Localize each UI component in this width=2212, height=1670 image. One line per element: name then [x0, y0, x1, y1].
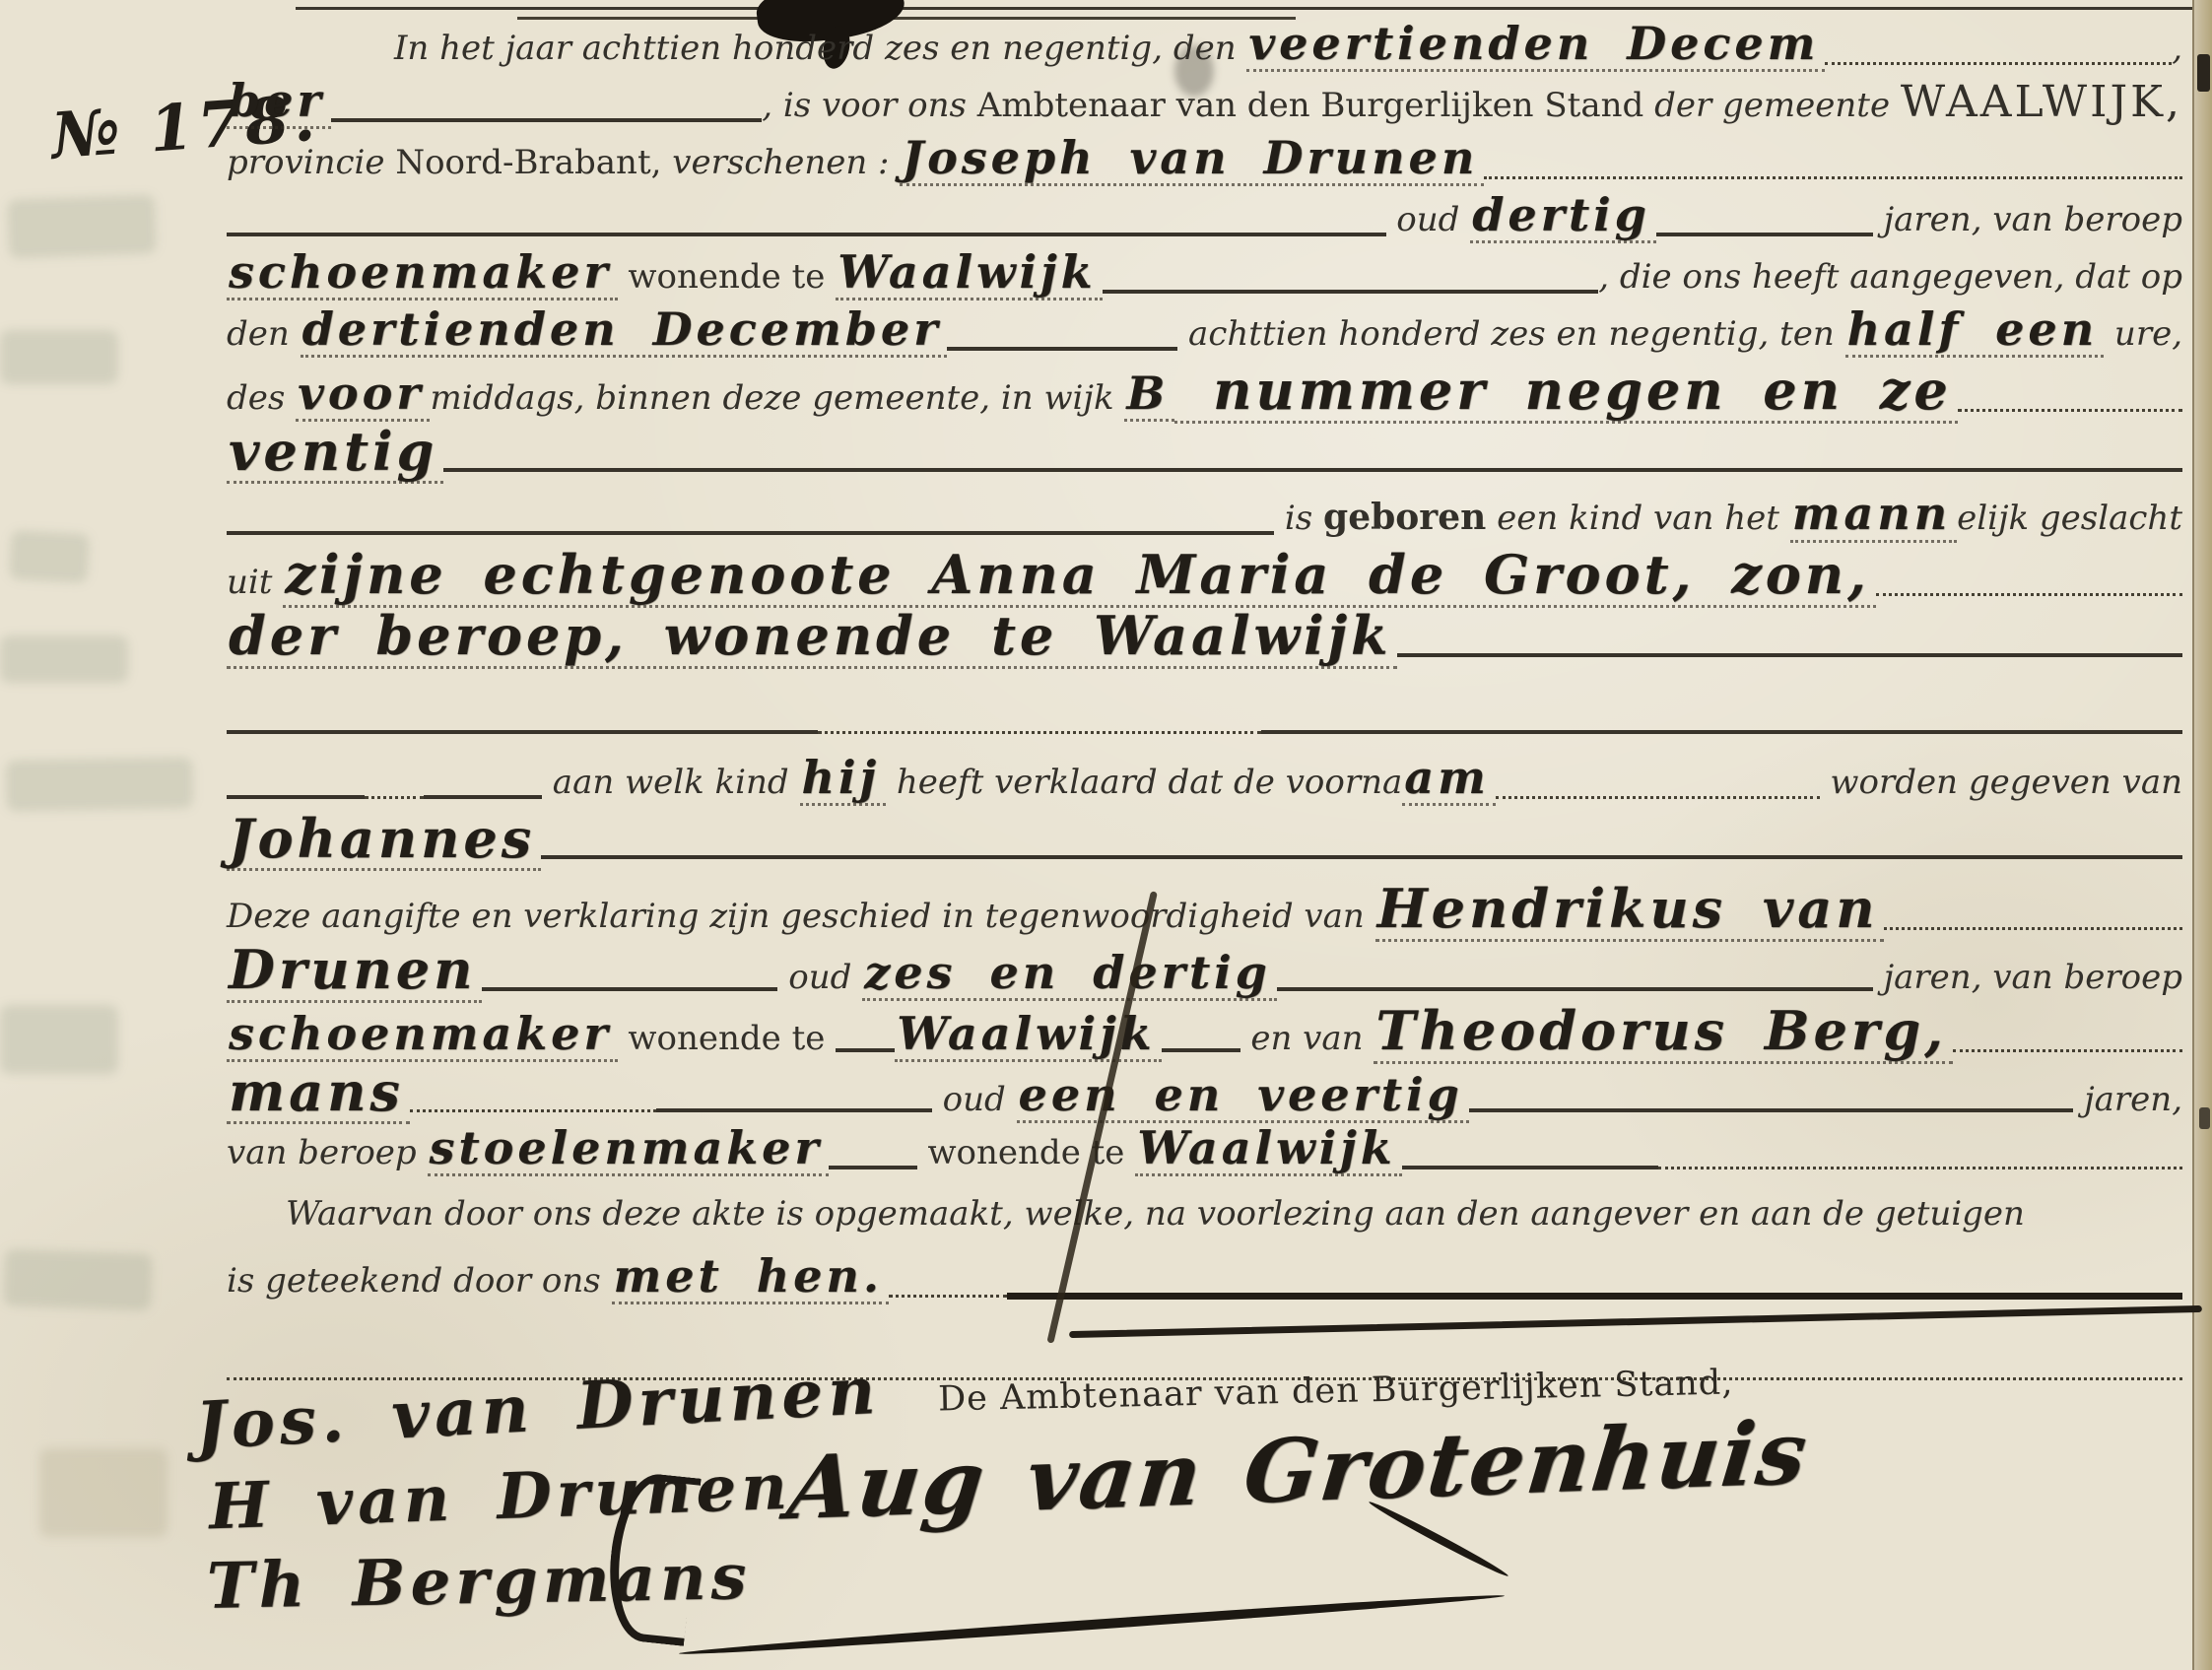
document-line: den dertienden December achttien honderd… [227, 305, 2182, 363]
printed-text: achttien honderd zes en negentig, ten [1177, 315, 1844, 354]
document-line: is geteekend door ons met hen. [227, 1252, 2182, 1309]
filler-line [1103, 290, 1599, 294]
handwritten-entry: zijne echtgenoote Anna Maria de Groot, z… [283, 547, 1876, 608]
document-line: oud dertig jaren, van beroep [227, 191, 2182, 248]
bleed-through-stain [0, 635, 128, 683]
filler-line [365, 796, 424, 799]
filler-line [1958, 409, 2182, 412]
handwritten-entry: half een [1845, 305, 2105, 358]
bleed-through-stain [6, 757, 194, 811]
printed-text: oud [777, 959, 862, 997]
filler-line [1261, 730, 2182, 734]
handwritten-entry: Waalwijk [1135, 1124, 1401, 1176]
filler-line [482, 987, 777, 991]
bleed-through-stain [9, 530, 91, 583]
document-line: Deze aangifte en verklaring zijn geschie… [227, 881, 2182, 942]
printed-text: oud [1386, 201, 1471, 239]
filler-line [1277, 987, 1873, 991]
bleed-through-stain [0, 330, 118, 384]
handwritten-entry: voor [296, 369, 430, 422]
printed-text: van beroep [227, 1134, 428, 1172]
printed-text: wonende te [618, 1020, 837, 1058]
handwritten-entry: zes en dertig [862, 949, 1277, 1001]
handwritten-entry: hij [800, 754, 887, 806]
printed-text: des [227, 379, 296, 418]
printed-text: jaren, van beroep [1873, 201, 2182, 239]
handwritten-entry: dertienden December [301, 305, 948, 358]
document-line: Waarvan door ons deze akte is opgemaakt,… [227, 1195, 2182, 1252]
filler-line [818, 731, 1261, 734]
printed-text: wonende te [917, 1134, 1136, 1172]
top-rule-line [296, 7, 2198, 10]
printed-text: ure, [2104, 315, 2182, 354]
document-line: van beroep stoelenmaker wonende te Waalw… [227, 1124, 2182, 1181]
printed-text: Waarvan door ons deze akte is opgemaakt,… [286, 1195, 2025, 1234]
printed-text: worden gegeven van [1820, 764, 2182, 802]
printed-text: provincie [227, 144, 395, 182]
printed-text: is [1274, 500, 1323, 538]
printed-text: In het jaar achttien honderd zes en nege… [394, 30, 1246, 68]
document-lines: In het jaar achttien honderd zes en nege… [227, 20, 2182, 1392]
filler-line [836, 1048, 895, 1052]
handwritten-entry: veertienden Decem [1246, 20, 1825, 72]
printed-text: jaren, van beroep [1873, 959, 2182, 997]
handwritten-entry: met hen. [612, 1252, 889, 1304]
handwritten-entry: Johannes [227, 811, 541, 872]
filler-line [1953, 1049, 2182, 1052]
handwritten-entry: nummer negen en ze [1174, 363, 1957, 424]
filler-line [1825, 62, 2172, 65]
document-line: des voormiddags, binnen deze gemeente, i… [227, 363, 2182, 424]
filler-line [1397, 653, 2182, 657]
handwritten-entry: schoenmaker [227, 248, 618, 301]
filler-line [227, 795, 365, 799]
page-edge-mark [2197, 54, 2210, 92]
handwritten-entry: schoenmaker [227, 1010, 618, 1062]
printed-text: geboren [1323, 498, 1486, 538]
printed-text: is geteekend door ons [227, 1262, 612, 1301]
document-line: Johannes [227, 811, 2182, 872]
filler-line [1484, 176, 2182, 179]
filler-line [227, 233, 1386, 236]
printed-text: , die ons heeft aangegeven, dat op [1598, 258, 2182, 297]
signature-block: Jos. van Drunen H van Drunen Th Bergmans… [0, 1358, 2212, 1670]
printed-text: Ambtenaar van den Burgerlijken Stand [977, 87, 1654, 125]
printed-text: jaren, [2073, 1081, 2182, 1119]
filler-line [1876, 593, 2182, 596]
handwritten-entry: dertig [1470, 191, 1656, 243]
filler-line [1658, 1167, 2182, 1169]
document-line: schoenmaker wonende te Waalwijk en van T… [227, 1003, 2182, 1064]
handwritten-entry: mann [1790, 490, 1957, 542]
printed-text: WAALWIJK, [1901, 78, 2182, 128]
filler-line [443, 468, 2182, 472]
document-line: mans oud een en veertig jaren, [227, 1064, 2182, 1125]
handwritten-entry: Drunen [227, 942, 482, 1003]
filler-line [1402, 1166, 1658, 1169]
printed-text: verschenen : [672, 144, 900, 182]
printed-text: heeft verklaard dat de voorna [886, 764, 1402, 802]
printed-text: , is voor ons [762, 87, 977, 125]
filler-line [227, 531, 1274, 535]
handwritten-entry: B [1124, 369, 1174, 422]
document-line: schoenmaker wonende te Waalwijk, die ons… [227, 248, 2182, 305]
printed-text: aan welk kind [542, 764, 800, 802]
handwritten-entry: Waalwijk [836, 248, 1102, 301]
printed-text: uit [227, 564, 283, 602]
printed-text: der gemeente [1654, 87, 1901, 125]
document-line: provincie Noord-Brabant, verschenen : Jo… [227, 134, 2182, 191]
filler-line [424, 795, 542, 799]
filler-line [656, 1108, 932, 1112]
printed-text: Noord-Brabant, [395, 144, 672, 182]
handwritten-entry: am [1402, 754, 1495, 806]
handwritten-entry: ventig [227, 424, 443, 485]
handwritten-entry: Joseph van Drunen [900, 134, 1484, 186]
filler-line [331, 118, 763, 122]
printed-text: wonende te [618, 258, 837, 297]
document-line: aan welk kind hij heeft verklaard dat de… [227, 754, 2182, 811]
document-line [227, 689, 2182, 746]
document-line: uit zijne echtgenoote Anna Maria de Groo… [227, 547, 2182, 608]
signature-flourish-underline [679, 1591, 1506, 1659]
filler-line [1884, 927, 2182, 930]
filler-line [541, 855, 2182, 859]
handwritten-entry: der beroep, wonende te Waalwijk [227, 608, 1397, 669]
printed-text: oud [932, 1081, 1017, 1119]
printed-text: en van [1240, 1020, 1374, 1058]
filler-line [410, 1109, 656, 1112]
document-line: ventig [227, 424, 2182, 485]
witness-signature-1: Jos. van Drunen [193, 1352, 882, 1464]
handwritten-entry: een en veertig [1017, 1071, 1469, 1123]
page-edge-mark-2 [2199, 1107, 2210, 1129]
filler-line [1007, 1293, 2182, 1300]
filler-line [829, 1166, 917, 1169]
filler-line [1469, 1108, 2074, 1112]
handwritten-entry: stoelenmaker [428, 1124, 829, 1176]
filler-line [227, 730, 818, 734]
bleed-through-stain [0, 1005, 118, 1074]
birth-certificate-page: № 178. In het jaar achttien honderd zes … [0, 0, 2212, 1670]
document-line: ber, is voor ons Ambtenaar van den Burge… [227, 77, 2182, 134]
printed-text: , [2172, 30, 2182, 68]
filler-line [1656, 233, 1873, 236]
bleed-through-stain [3, 1248, 153, 1310]
printed-text: Deze aangifte en verklaring zijn geschie… [227, 898, 1375, 936]
handwritten-entry: Hendrikus van [1375, 881, 1885, 942]
handwritten-entry: mans [227, 1064, 410, 1125]
filler-line [889, 1295, 1007, 1298]
handwritten-entry: ber [227, 77, 331, 129]
filler-line [947, 347, 1177, 351]
registrar-signature: Aug van Grotenhuis [783, 1401, 1813, 1540]
document-line: In het jaar achttien honderd zes en nege… [227, 20, 2182, 77]
handwritten-entry: Theodorus Berg, [1374, 1003, 1953, 1064]
bleed-through-stain [7, 194, 157, 258]
document-line: Drunen oud zes en dertig jaren, van bero… [227, 942, 2182, 1003]
filler-line [1162, 1048, 1240, 1052]
printed-text: elijk geslacht [1957, 500, 2182, 538]
printed-text: een kind van het [1486, 500, 1789, 538]
printed-text: den [227, 315, 301, 354]
witness-signature-2: H van Drunen [208, 1450, 793, 1545]
filler-line [1496, 796, 1820, 799]
printed-text: middags, binnen deze gemeente, in wijk [430, 379, 1124, 418]
document-line: is geboren een kind van het mannelijk ge… [227, 490, 2182, 547]
document-line: der beroep, wonende te Waalwijk [227, 608, 2182, 669]
